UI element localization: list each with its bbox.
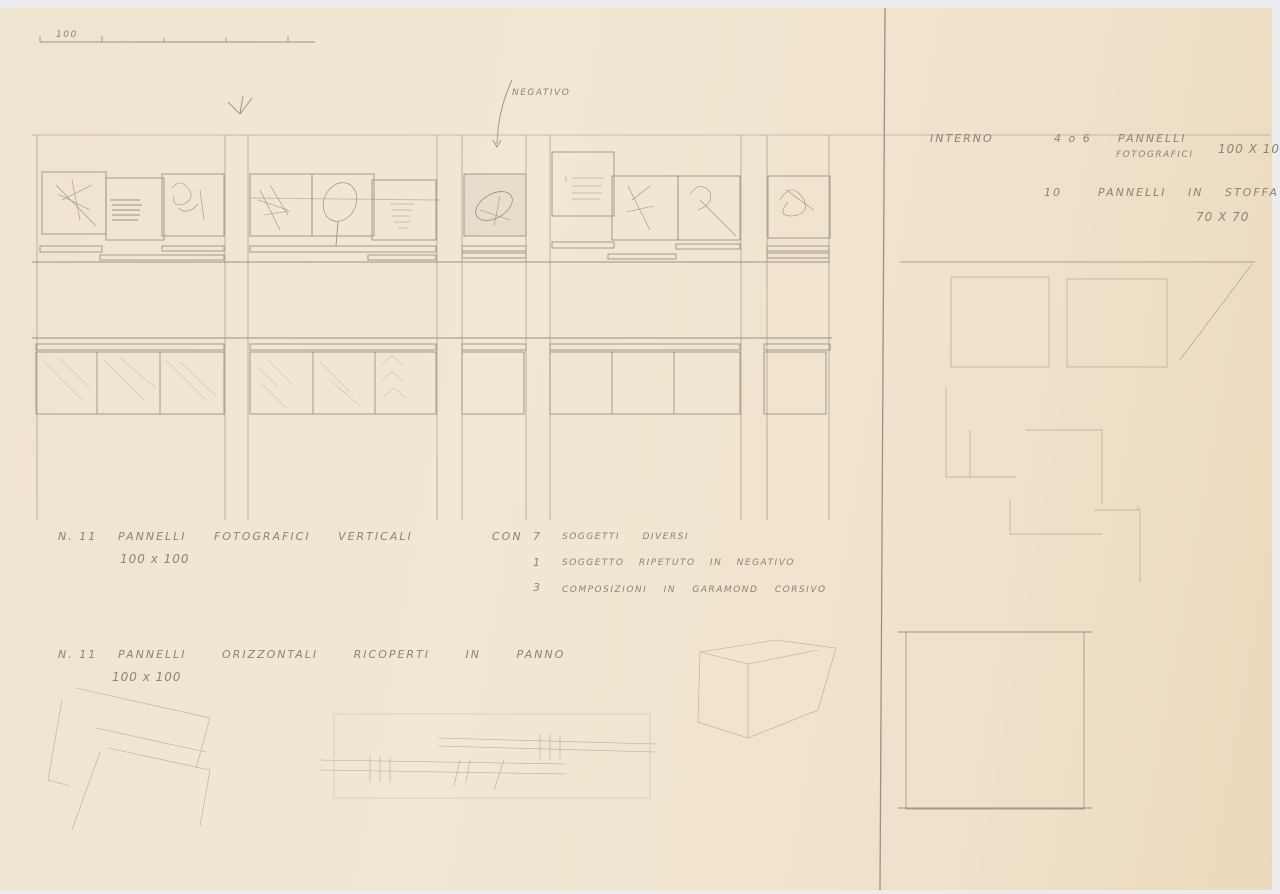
interior-fabric-text: PANNELLI IN STOFFA [1098, 186, 1279, 199]
scale-bar [40, 36, 315, 42]
vertical-size: 100 x 100 [120, 552, 190, 566]
interior-fabric-size: 70 X 70 [1196, 210, 1249, 224]
horizontal-size: 100 x 100 [112, 670, 182, 684]
item-qty-1: 7 [533, 530, 542, 543]
interior-photo-text-2: FOTOGRAFICI [1116, 150, 1194, 160]
item-qty-3: 3 [533, 581, 542, 594]
negative-callout: NEGATIVO [512, 88, 570, 98]
vertical-description: PANNELLI FOTOGRAFICI VERTICALI [118, 530, 413, 543]
item-text-1: SOGGETTI DIVERSI [562, 532, 689, 542]
interior-photo-text-1: PANNELLI [1118, 132, 1187, 145]
drawing-sheet: 100 NEGATIVO N. 11 PANNELLI FOTOGRAFICI … [0, 8, 1272, 890]
horizontal-prefix: N. 11 [58, 648, 97, 661]
item-qty-2: 1 [533, 556, 542, 569]
item-text-3: COMPOSIZIONI IN GARAMOND CORSIVO [562, 585, 827, 595]
interior-fabric-qty: 10 [1044, 186, 1062, 199]
sheet-divider [880, 8, 885, 890]
interior-photo-size: 100 X 100 [1218, 142, 1280, 156]
interior-photo-qty: 4 o 6 [1054, 132, 1092, 145]
scale-bar-label: 100 [56, 30, 78, 40]
vertical-prefix: N. 11 [58, 530, 97, 543]
interior-heading: INTERNO [930, 132, 994, 145]
horizontal-description: PANNELLI ORIZZONTALI RICOPERTI IN PANNO [118, 648, 565, 661]
vertical-con: CON [492, 530, 523, 543]
item-text-2: SOGGETTO RIPETUTO IN NEGATIVO [562, 558, 795, 568]
